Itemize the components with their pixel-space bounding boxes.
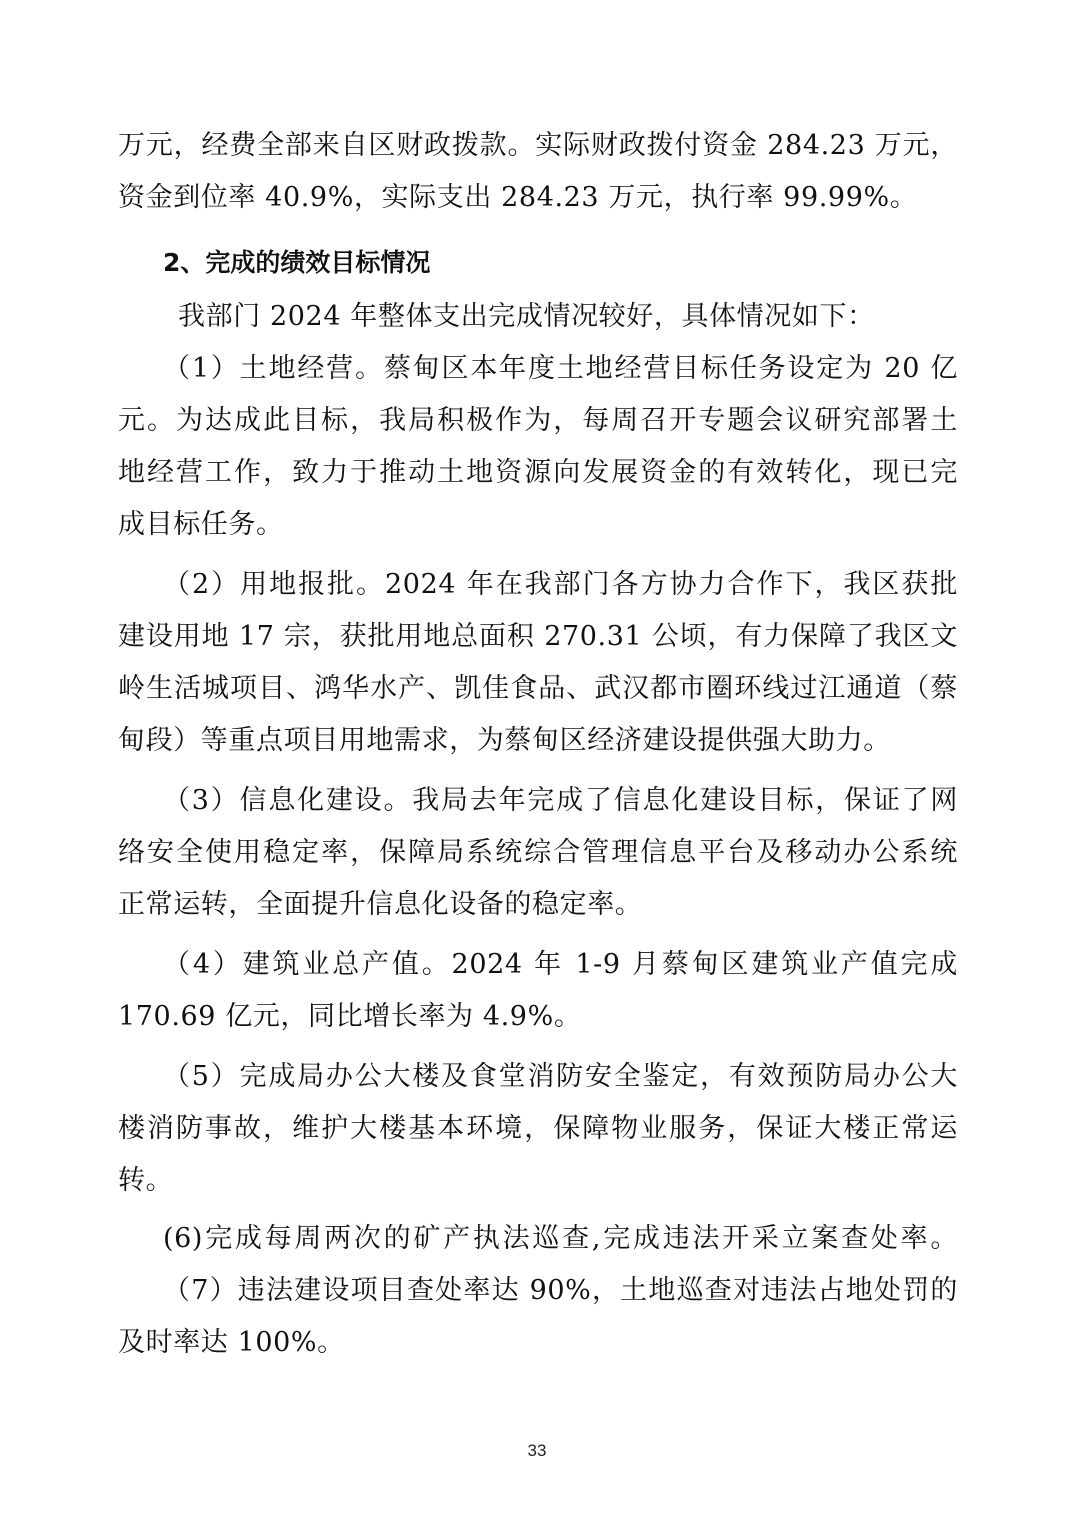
item-5-line-2: 楼消防事故，维护大楼基本环境，保障物业服务，保证大楼正常运 (118, 1112, 958, 1146)
item-4-line-2: 170.69 亿元，同比增长率为 4.9%。 (118, 1000, 958, 1034)
item-3-line-3: 正常运转，全面提升信息化设备的稳定率。 (118, 888, 958, 922)
page-number: 33 (0, 1441, 1074, 1461)
item-5-line-3: 转。 (118, 1164, 958, 1198)
item-3-line-1: （3）信息化建设。我局去年完成了信息化建设目标，保证了网 (163, 784, 958, 818)
item-1-line-1: （1）土地经营。蔡甸区本年度土地经营目标任务设定为 20 亿 (163, 352, 958, 386)
item-2-line-4: 甸段）等重点项目用地需求，为蔡甸区经济建设提供强大助力。 (118, 724, 958, 758)
item-7-line-1: （7）违法建设项目查处率达 90%，土地巡查对违法占地处罚的 (163, 1274, 958, 1308)
item-2-line-2: 建设用地 17 宗，获批用地总面积 270.31 公顷，有力保障了我区文 (118, 620, 958, 654)
item-2-line-3: 岭生活城项目、鸿华水产、凯佳食品、武汉都市圈环线过江通道（蔡 (118, 672, 958, 706)
item-6-line-1: (6)完成每周两次的矿产执法巡查,完成违法开采立案查处率。 (163, 1222, 958, 1256)
item-7-line-2: 及时率达 100%。 (118, 1326, 958, 1360)
item-2-line-1: （2）用地报批。2024 年在我部门各方协力合作下，我区获批 (163, 568, 958, 602)
item-5-line-1: （5）完成局办公大楼及食堂消防安全鉴定，有效预防局办公大 (163, 1060, 958, 1094)
document-page: 万元，经费全部来自区财政拨款。实际财政拨付资金 284.23 万元， 资金到位率… (0, 0, 1074, 1520)
item-3-line-2: 络安全使用稳定率，保障局系统综合管理信息平台及移动办公系统 (118, 836, 958, 870)
paragraph-line: 万元，经费全部来自区财政拨款。实际财政拨付资金 284.23 万元， (118, 129, 958, 163)
intro-line: 我部门 2024 年整体支出完成情况较好，具体情况如下： (178, 300, 958, 334)
section-heading: 2、完成的绩效目标情况 (163, 246, 430, 280)
item-1-line-4: 成目标任务。 (118, 508, 958, 542)
item-1-line-2: 元。为达成此目标，我局积极作为，每周召开专题会议研究部署土 (118, 404, 958, 438)
item-1-line-3: 地经营工作，致力于推动土地资源向发展资金的有效转化，现已完 (118, 456, 958, 490)
paragraph-line: 资金到位率 40.9%，实际支出 284.23 万元，执行率 99.99%。 (118, 181, 958, 215)
item-4-line-1: （4）建筑业总产值。2024 年 1-9 月蔡甸区建筑业产值完成 (163, 948, 958, 982)
